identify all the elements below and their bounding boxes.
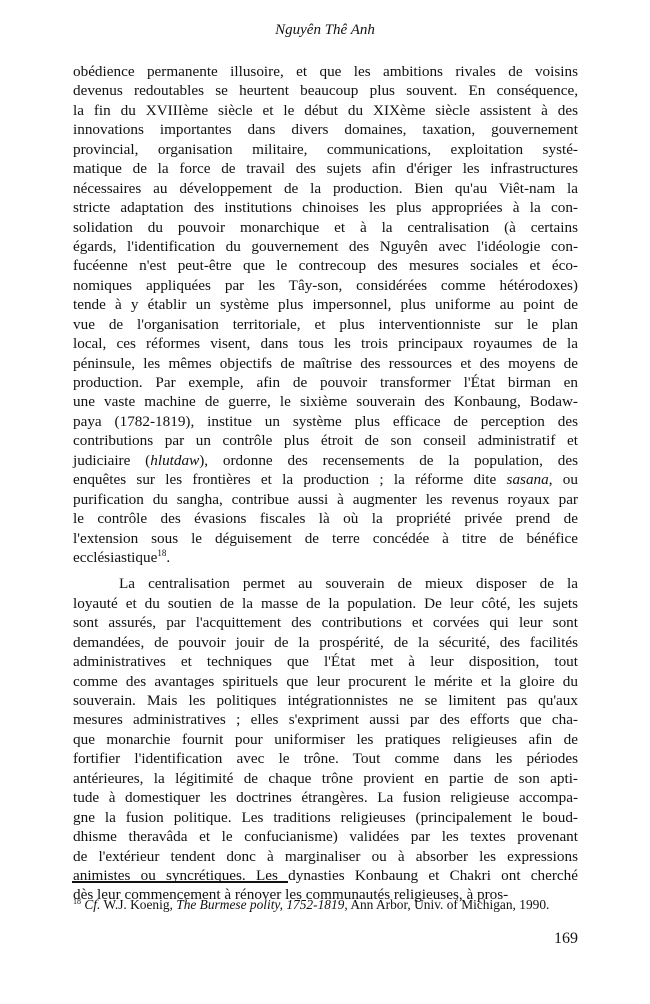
running-head: Nguyên Thê Anh (0, 22, 650, 39)
text-line: vue de l'organisation territoriale, et p… (73, 315, 578, 334)
text-line: souverain. Mais les politiques intégrati… (73, 691, 578, 710)
footnote-title: The Burmese polity, 1752-1819 (176, 897, 344, 912)
text-line: loyauté et du soutien de la masse de la … (73, 594, 578, 613)
text-line: contributions par un contrôle plus étroi… (73, 431, 578, 450)
text-line: administratives et techniques que l'État… (73, 652, 578, 671)
footnote-number: 18 (73, 897, 81, 906)
text-line: l'extension sous le déguisement de terre… (73, 529, 578, 548)
text-line: nomiques appliquées par les Tây-son, con… (73, 276, 578, 295)
footnote-rule (72, 881, 288, 883)
text-line: innovations importantes dans divers doma… (73, 120, 578, 139)
text-line: antérieures, la légitimité de chaque trô… (73, 769, 578, 788)
footnote-cf: Cf. (84, 897, 100, 912)
footnote-author: W.J. Koenig, (100, 897, 176, 912)
text-line: la fin du XVIIIème siècle et le début du… (73, 101, 578, 120)
text-line: stricte adaptation des institutions chin… (73, 198, 578, 217)
text-line: égards, l'identification du gouvernement… (73, 237, 578, 256)
text-line: local, ces réformes visent, dans tous le… (73, 334, 578, 353)
text-line: fucéenne n'est peut-être que le contreco… (73, 256, 578, 275)
text-line: matique de la force de travail des sujet… (73, 159, 578, 178)
text-line: gne la fusion politique. Les traditions … (73, 808, 578, 827)
text-line: comme des avantages spirituels que leur … (73, 672, 578, 691)
text-line: devenus redoutables se heurtent beaucoup… (73, 81, 578, 100)
text-line: sont assurés, par l'acquittement des con… (73, 613, 578, 632)
text-line: paya (1782-1819), institue un système pl… (73, 412, 578, 431)
text-line: ecclésiastique18. (73, 548, 578, 567)
body-text: obédience permanente illusoire, et que l… (73, 62, 578, 905)
text-line: de l'extérieur tendent donc à marginalis… (73, 847, 578, 866)
text-line: nécessaires au développement de la produ… (73, 179, 578, 198)
text-line: enquêtes sur les frontières et la produc… (73, 470, 578, 489)
text-line: tude à domestiquer les doctrines étrangè… (73, 788, 578, 807)
paragraph: obédience permanente illusoire, et que l… (73, 62, 578, 567)
text-line: dhisme theravâda et le confucianisme) va… (73, 827, 578, 846)
text-line: La centralisation permet au souverain de… (73, 574, 578, 593)
text-line: obédience permanente illusoire, et que l… (73, 62, 578, 81)
text-line: solidation du pouvoir monarchique et à l… (73, 218, 578, 237)
footnote: 18 Cf. W.J. Koenig, The Burmese polity, … (73, 897, 583, 913)
text-line: production. Par exemple, afin de pouvoir… (73, 373, 578, 392)
text-line: le contrôle des évasions fiscales là où … (73, 509, 578, 528)
text-line: que monarchie fournit pour uniformiser l… (73, 730, 578, 749)
text-line: provincial, organisation militaire, comm… (73, 140, 578, 159)
text-line: fortifier l'identification avec le trône… (73, 749, 578, 768)
text-line: une vaste machine de guerre, le sixième … (73, 392, 578, 411)
page-number: 169 (540, 930, 578, 948)
text-line: judiciaire (hlutdaw), ordonne des recens… (73, 451, 578, 470)
text-line: demandées, de pouvoir jouir de la prospé… (73, 633, 578, 652)
text-line: tende à y établir un système plus impers… (73, 295, 578, 314)
text-line: péninsule, les mêmes objectifs de maîtri… (73, 354, 578, 373)
text-line: purification du sangha, contribue aussi … (73, 490, 578, 509)
footnote-rest: , Ann Arbor, Univ. of Michigan, 1990. (344, 897, 549, 912)
paragraph-gap (73, 567, 578, 574)
paragraph: La centralisation permet au souverain de… (73, 574, 578, 904)
text-line: mesures administratives ; elles s'exprim… (73, 710, 578, 729)
